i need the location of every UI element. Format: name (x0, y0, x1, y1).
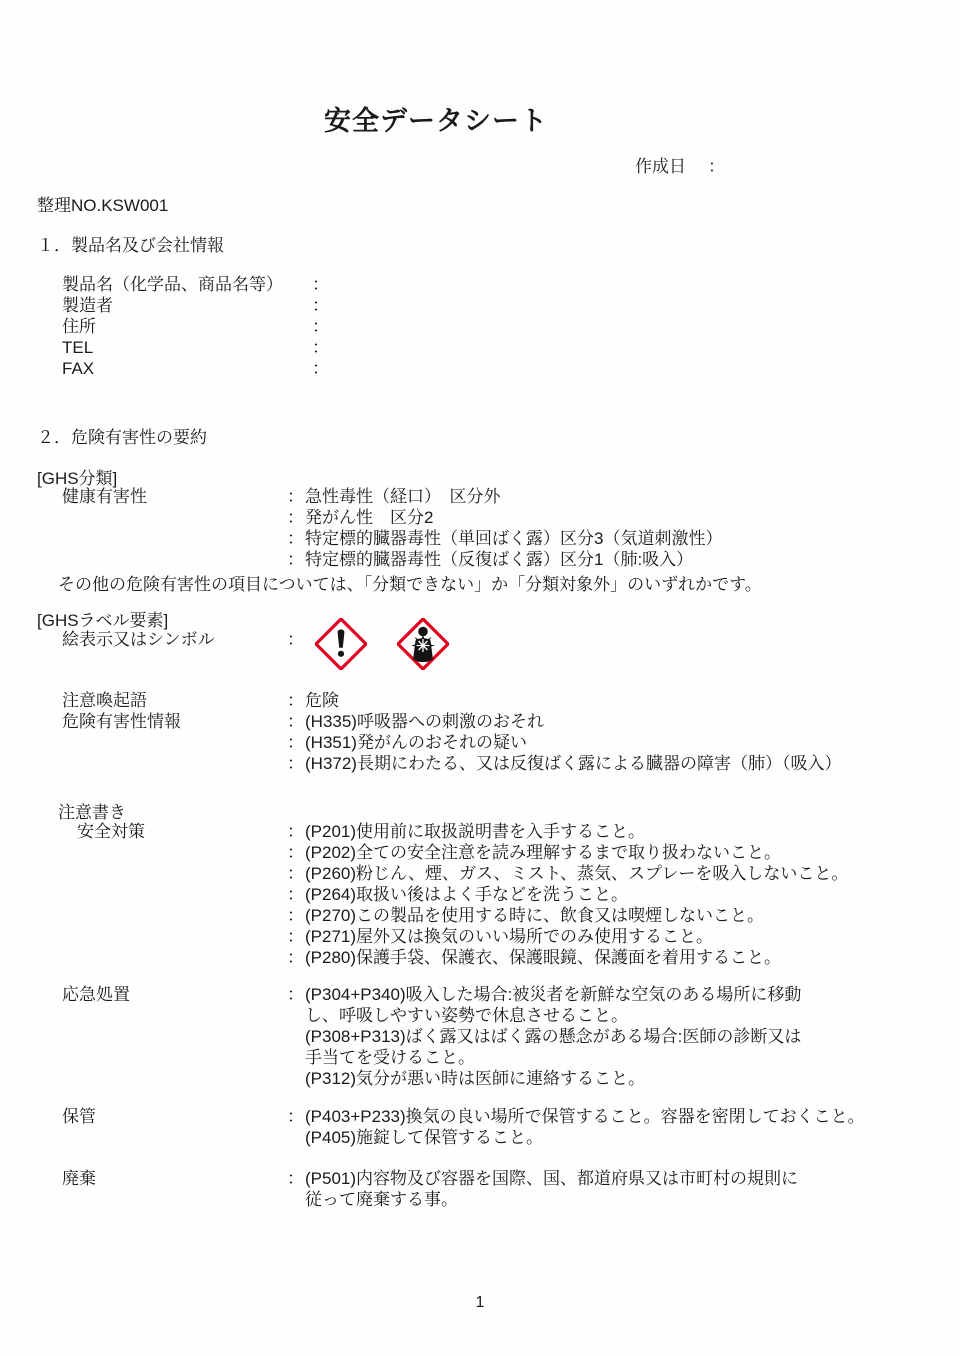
field-colon: ： (287, 690, 305, 711)
field-label: FAX (62, 358, 312, 379)
field-colon-spacer (287, 1026, 305, 1047)
disposal-row: 廃棄 ： (P501)内容物及び容器を国際、国、都道府県又は市町村の規則に (62, 1168, 798, 1189)
hazard-statement-row: 危険有害性情報 ： (H335)呼吸器への刺激のおそれ (62, 711, 841, 732)
classification-row: ： 特定標的臓器毒性（単回ばく露）区分3（気道刺激性） (62, 528, 722, 549)
first-aid-rows: 応急処置 ： (P304+P340)吸入した場合:被災者を新鮮な空気のある場所に… (62, 984, 801, 1089)
field-label-spacer (62, 528, 287, 549)
p-statement: (P202)全ての安全注意を読み理解するまで取り扱わないこと。 (305, 842, 781, 863)
classification-item: 発がん性 区分2 (305, 507, 433, 528)
signal-and-hazard-rows: 注意喚起語 ： 危険 危険有害性情報 ： (H335)呼吸器への刺激のおそれ ：… (62, 690, 841, 774)
field-colon-spacer (287, 1189, 305, 1210)
field-label-spacer (77, 947, 287, 968)
field-colon: ： (287, 1168, 305, 1189)
hazard-info-label: 危険有害性情報 (62, 711, 287, 732)
ghs-label-elements-heading: [GHSラベル要素] (37, 606, 168, 631)
prevention-row: ： (P271)屋外又は換気のいい場所でのみ使用すること。 (77, 926, 848, 947)
field-colon: ： (287, 884, 305, 905)
field-label-spacer (62, 1068, 287, 1089)
field-colon: ： (287, 732, 305, 753)
p-statement: (P308+P313)ばく露又はばく露の懸念がある場合:医師の診断又は (305, 1026, 801, 1047)
storage-row: (P405)施錠して保管すること。 (62, 1127, 865, 1148)
field-colon: ： (287, 507, 305, 528)
ghs07-exclamation-mark-icon (315, 618, 367, 670)
field-label: 健康有害性 (62, 486, 287, 507)
field-label-spacer (62, 1127, 287, 1148)
hazard-statement: (H335)呼吸器への刺激のおそれ (305, 711, 544, 732)
field-colon-spacer (287, 1068, 305, 1089)
p-statement: し、呼吸しやすい姿勢で休息させること。 (305, 1005, 628, 1026)
classification-item: 特定標的臓器毒性（単回ばく露）区分3（気道刺激性） (305, 528, 722, 549)
field-colon: ： (287, 947, 305, 968)
field-label-spacer (62, 1047, 287, 1068)
p-statement: (P403+P233)換気の良い場所で保管すること。容器を密閉しておくこと。 (305, 1106, 865, 1127)
section-1-heading: １．製品名及び会社情報 (37, 231, 224, 256)
field-colon: ： (287, 1106, 305, 1127)
prevention-row: ： (P260)粉じん、煙、ガス、ミスト、蒸気、スプレーを吸入しないこと。 (77, 863, 848, 884)
section-2-heading: ２．危険有害性の要約 (37, 423, 207, 448)
hazard-statement-row: ： (H372)長期にわたる、又は反復ばく露による臓器の障害（肺）（吸入） (62, 753, 841, 774)
field-label-spacer (77, 842, 287, 863)
first-aid-row: し、呼吸しやすい姿勢で休息させること。 (62, 1005, 801, 1026)
first-aid-row: 手当てを受けること。 (62, 1047, 801, 1068)
field-label: 製造者 (62, 295, 312, 316)
storage-row: 保管 ： (P403+P233)換気の良い場所で保管すること。容器を密閉しておく… (62, 1106, 865, 1127)
first-aid-row: 応急処置 ： (P304+P340)吸入した場合:被災者を新鮮な空気のある場所に… (62, 984, 801, 1005)
ghs-classification-rows: 健康有害性 ： 急性毒性（経口） 区分外 ： 発がん性 区分2 ： 特定標的臓器… (62, 486, 722, 570)
signal-word-row: 注意喚起語 ： 危険 (62, 690, 841, 711)
p-statement: (P312)気分が悪い時は医師に連絡すること。 (305, 1068, 645, 1089)
hazard-statement-row: ： (H351)発がんのおそれの疑い (62, 732, 841, 753)
field-colon: ： (312, 274, 330, 295)
field-label: 住所 (62, 316, 312, 337)
p-statement: (P270)この製品を使用する時に、飲食又は喫煙しないこと。 (305, 905, 764, 926)
prevention-label: 安全対策 (77, 821, 287, 842)
ghs-pictograms (315, 618, 449, 670)
classification-note: その他の危険有害性の項目については、「分類できない」か「分類対象外」のいずれかで… (58, 570, 762, 595)
pictogram-label: 絵表示又はシンボル (62, 629, 287, 650)
field-label-spacer (62, 507, 287, 528)
field-label-spacer (77, 884, 287, 905)
classification-row: 健康有害性 ： 急性毒性（経口） 区分外 (62, 486, 722, 507)
p-statement: (P405)施錠して保管すること。 (305, 1127, 543, 1148)
creation-date-row: 作成日 ： (635, 152, 725, 177)
field-colon: ： (287, 926, 305, 947)
p-statement: (P264)取扱い後はよく手などを洗うこと。 (305, 884, 628, 905)
field-colon-spacer (287, 1127, 305, 1148)
field-label: TEL (62, 337, 312, 358)
prevention-rows: 安全対策 ： (P201)使用前に取扱説明書を入手すること。 ： (P202)全… (77, 821, 848, 968)
p-statement: (P201)使用前に取扱説明書を入手すること。 (305, 821, 645, 842)
field-colon: ： (287, 629, 305, 650)
field-label: 製品名（化学品、商品名等） (62, 274, 312, 295)
p-statement: 手当てを受けること。 (305, 1047, 475, 1068)
field-colon: ： (287, 863, 305, 884)
creation-date-label: 作成日 (635, 152, 686, 177)
classification-item: 特定標的臓器毒性（反復ばく露）区分1（肺:吸入） (305, 549, 693, 570)
field-label-spacer (77, 926, 287, 947)
signal-word-value: 危険 (305, 690, 339, 711)
classification-row: ： 発がん性 区分2 (62, 507, 722, 528)
field-label-spacer (77, 905, 287, 926)
field-colon: ： (287, 486, 305, 507)
field-colon: ： (287, 711, 305, 732)
storage-label: 保管 (62, 1106, 287, 1127)
prevention-row: ： (P264)取扱い後はよく手などを洗うこと。 (77, 884, 848, 905)
field-row: 製造者 ： (62, 295, 330, 316)
field-colon: ： (287, 549, 305, 570)
document-number: 整理NO.KSW001 (37, 191, 168, 216)
signal-word-label: 注意喚起語 (62, 690, 287, 711)
p-statement: (P304+P340)吸入した場合:被災者を新鮮な空気のある場所に移動 (305, 984, 801, 1005)
p-statement: (P280)保護手袋、保護衣、保護眼鏡、保護面を着用すること。 (305, 947, 781, 968)
field-colon: ： (312, 358, 330, 379)
precautionary-statements-heading: 注意書き (58, 798, 126, 823)
company-info-rows: 製品名（化学品、商品名等） ： 製造者 ： 住所 ： TEL ： FAX ： (62, 274, 330, 379)
classification-item: 急性毒性（経口） 区分外 (305, 486, 501, 507)
document-title: 安全データシート (0, 99, 872, 138)
field-colon: ： (312, 337, 330, 358)
disposal-rows: 廃棄 ： (P501)内容物及び容器を国際、国、都道府県又は市町村の規則に 従っ… (62, 1168, 798, 1210)
field-colon-spacer (287, 1005, 305, 1026)
creation-date-colon: ： (708, 152, 725, 177)
field-colon: ： (287, 821, 305, 842)
field-row: FAX ： (62, 358, 330, 379)
field-colon: ： (287, 984, 305, 1005)
field-row: 住所 ： (62, 316, 330, 337)
sds-document-page: 安全データシート 作成日 ： 整理NO.KSW001 １．製品名及び会社情報 製… (0, 0, 960, 1358)
prevention-row: ： (P202)全ての安全注意を読み理解するまで取り扱わないこと。 (77, 842, 848, 863)
field-row: 製品名（化学品、商品名等） ： (62, 274, 330, 295)
field-label-spacer (62, 1026, 287, 1047)
prevention-row: ： (P280)保護手袋、保護衣、保護眼鏡、保護面を着用すること。 (77, 947, 848, 968)
field-colon: ： (312, 316, 330, 337)
p-statement: 従って廃棄する事。 (305, 1189, 458, 1210)
hazard-statement: (H372)長期にわたる、又は反復ばく露による臓器の障害（肺）（吸入） (305, 753, 841, 774)
disposal-label: 廃棄 (62, 1168, 287, 1189)
p-statement: (P260)粉じん、煙、ガス、ミスト、蒸気、スプレーを吸入しないこと。 (305, 863, 848, 884)
field-colon: ： (287, 528, 305, 549)
field-label-spacer (62, 1189, 287, 1210)
classification-row: ： 特定標的臓器毒性（反復ばく露）区分1（肺:吸入） (62, 549, 722, 570)
p-statement: (P271)屋外又は換気のいい場所でのみ使用すること。 (305, 926, 713, 947)
field-colon: ： (287, 905, 305, 926)
field-label-spacer (62, 753, 287, 774)
field-colon: ： (287, 753, 305, 774)
first-aid-row: (P312)気分が悪い時は医師に連絡すること。 (62, 1068, 801, 1089)
field-row: TEL ： (62, 337, 330, 358)
prevention-row: ： (P270)この製品を使用する時に、飲食又は喫煙しないこと。 (77, 905, 848, 926)
storage-rows: 保管 ： (P403+P233)換気の良い場所で保管すること。容器を密閉しておく… (62, 1106, 865, 1148)
field-label-spacer (77, 863, 287, 884)
p-statement: (P501)内容物及び容器を国際、国、都道府県又は市町村の規則に (305, 1168, 798, 1189)
field-label-spacer (62, 1005, 287, 1026)
field-label-spacer (62, 549, 287, 570)
field-colon-spacer (287, 1047, 305, 1068)
field-label-spacer (62, 732, 287, 753)
hazard-statement: (H351)発がんのおそれの疑い (305, 732, 527, 753)
field-colon: ： (287, 842, 305, 863)
ghs08-health-hazard-icon (397, 618, 449, 670)
disposal-row: 従って廃棄する事。 (62, 1189, 798, 1210)
page-number: 1 (0, 1294, 960, 1312)
field-colon: ： (312, 295, 330, 316)
pictogram-row: 絵表示又はシンボル ： (62, 629, 305, 650)
prevention-row: 安全対策 ： (P201)使用前に取扱説明書を入手すること。 (77, 821, 848, 842)
first-aid-label: 応急処置 (62, 984, 287, 1005)
first-aid-row: (P308+P313)ばく露又はばく露の懸念がある場合:医師の診断又は (62, 1026, 801, 1047)
